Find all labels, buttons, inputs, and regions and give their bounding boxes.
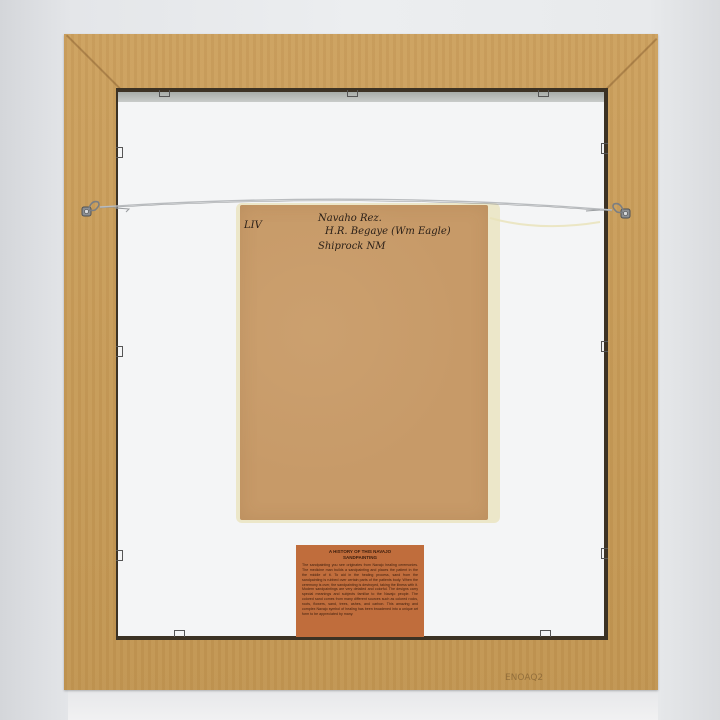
retaining-clip-icon: [601, 143, 608, 154]
miter-joint-top-right: [603, 38, 657, 92]
handwritten-line-2: H.R. Begaye (Wm Eagle): [325, 226, 451, 238]
d-ring-hanger-icon: [80, 199, 102, 219]
retaining-clip-icon: [174, 630, 185, 637]
handwritten-line-1: Navaho Rez.: [318, 213, 382, 225]
label-title: A HISTORY OF THIS NAVAJO SANDPAINTING: [302, 549, 418, 560]
retaining-clip-icon: [116, 147, 123, 158]
retaining-clip-icon: [116, 550, 123, 561]
retaining-clip-icon: [538, 90, 549, 97]
table-surface: [68, 690, 658, 720]
sandpainting-history-label: A HISTORY OF THIS NAVAJO SANDPAINTING Th…: [296, 545, 424, 637]
retaining-clip-icon: [347, 90, 358, 97]
handwritten-code: LIV: [244, 220, 262, 232]
miter-joint-top-left: [66, 35, 120, 89]
retaining-clip-icon: [159, 90, 170, 97]
retaining-clip-icon: [601, 548, 608, 559]
retaining-clip-icon: [601, 341, 608, 352]
handwritten-line-3: Shiprock NM: [318, 241, 386, 253]
backing-top-edge: [118, 92, 604, 102]
label-body: The sandpainting you see originates from…: [302, 563, 418, 616]
retaining-clip-icon: [540, 630, 551, 637]
d-ring-hanger-icon: [610, 200, 632, 220]
retaining-clip-icon: [116, 346, 123, 357]
frame-stamp: ENOAQ2: [505, 673, 543, 683]
